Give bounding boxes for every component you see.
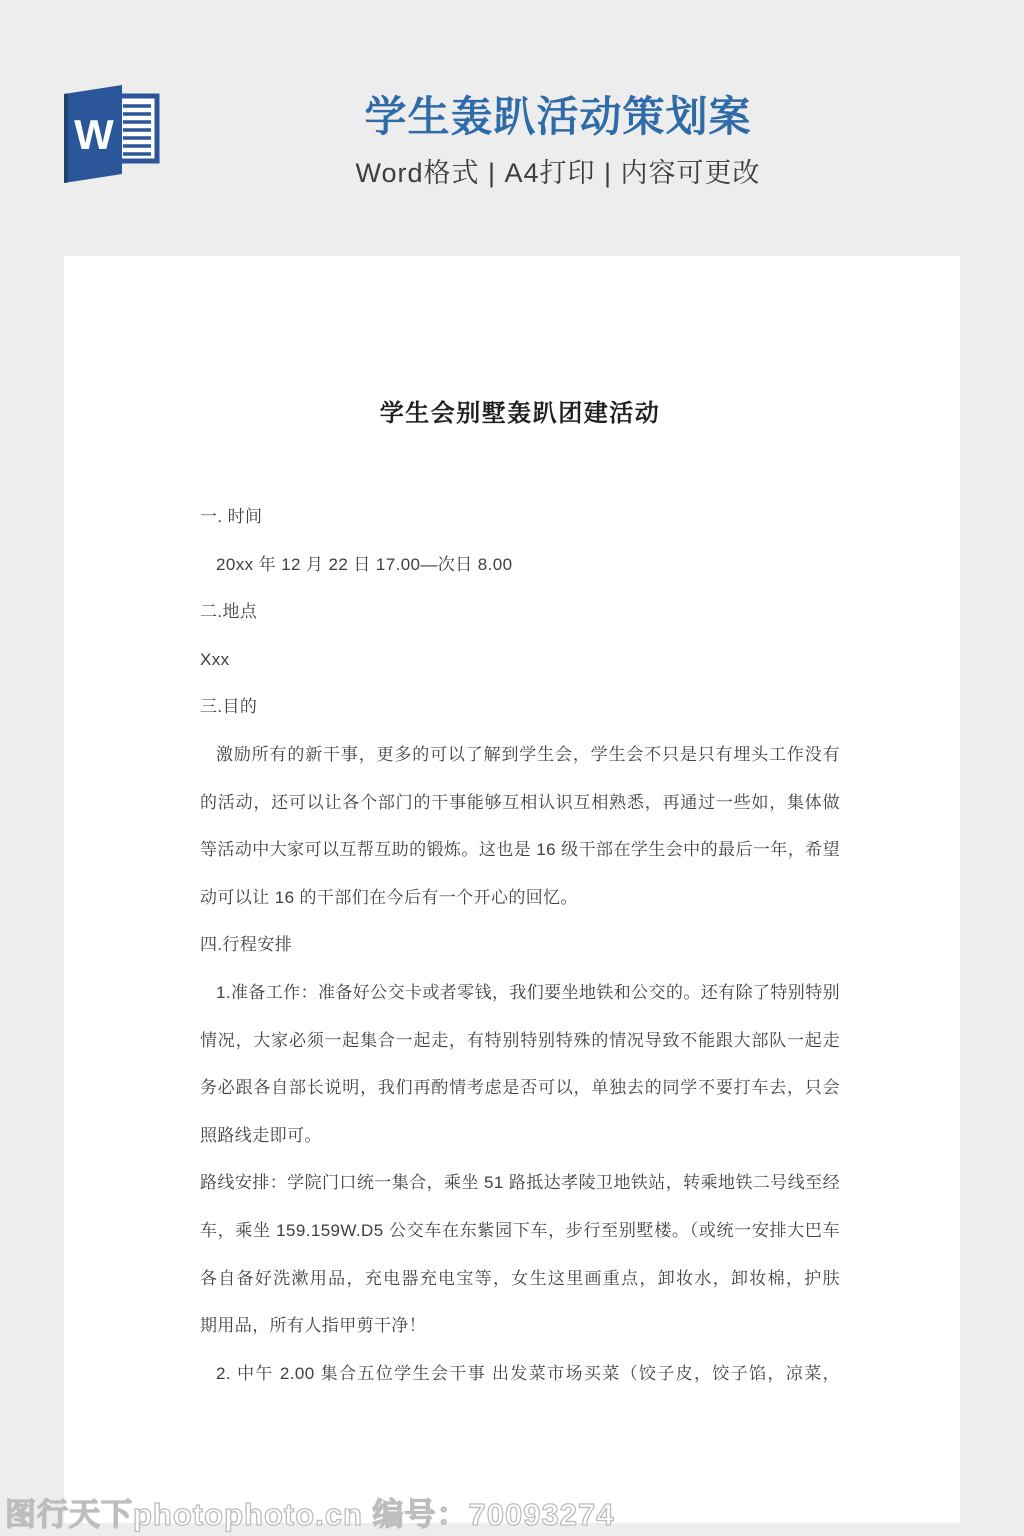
page-subtitle: Word格式 | A4打印 | 内容可更改 — [258, 158, 858, 188]
doc-line: 期用品，所有人指甲剪干净！ — [200, 1302, 840, 1350]
document-body: 一. 时间 20xx 年 12 月 22 日 17.00—次日 8.00 二.地… — [200, 493, 840, 1397]
header-text: 学生轰趴活动策划案 Word格式 | A4打印 | 内容可更改 — [258, 94, 858, 188]
doc-line: 三.目的 — [200, 683, 840, 731]
doc-line: 的活动，还可以让各个部门的干事能够互相认识互相熟悉，再通过一些如，集体做饭 游戏 — [200, 779, 840, 827]
doc-line: 照路线走即可。 — [200, 1112, 840, 1160]
doc-line: 四.行程安排 — [200, 921, 840, 969]
doc-line: 1.准备工作：准备好公交卡或者零钱，我们要坐地铁和公交的。还有除了特别特别特殊的 — [200, 969, 840, 1017]
doc-line: 等活动中大家可以互帮互助的锻炼。这也是 16 级干部在学生会中的最后一年，希望此… — [200, 826, 840, 874]
doc-line: 一. 时间 — [200, 493, 840, 541]
doc-line: 路线安排：学院门口统一集合，乘坐 51 路抵达孝陵卫地铁站，转乘地铁二号线至经天… — [200, 1159, 840, 1207]
doc-line: 各自备好洗漱用品，充电器充电宝等，女生这里画重点，卸妆水，卸妆棉，护肤品，特殊时 — [200, 1255, 840, 1303]
document-title: 学生会别墅轰趴团建活动 — [200, 393, 840, 428]
word-logo-letter: W — [74, 111, 114, 158]
word-logo-panel-edge — [64, 93, 68, 183]
word-logo-sheet-lines — [123, 106, 151, 154]
doc-line: 2. 中午 2.00 集合五位学生会干事 出发菜市场买菜（饺子皮，饺子馅，凉菜，… — [200, 1350, 840, 1398]
doc-line: Xxx — [200, 636, 840, 684]
doc-line: 情况，大家必须一起集合一起走，有特别特别特殊的情况导致不能跟大部队一起走的时候， — [200, 1017, 840, 1065]
doc-line: 20xx 年 12 月 22 日 17.00—次日 8.00 — [200, 541, 840, 589]
page-title: 学生轰趴活动策划案 — [258, 94, 858, 140]
doc-line: 激励所有的新干事，更多的可以了解到学生会，学生会不只是只有埋头工作没有休闲娱乐 — [200, 731, 840, 779]
doc-line: 动可以让 16 的干部们在今后有一个开心的回忆。 — [200, 874, 840, 922]
document-page: 学生会别墅轰趴团建活动 一. 时间 20xx 年 12 月 22 日 17.00… — [64, 256, 960, 1523]
word-logo-icon: W — [58, 80, 176, 190]
watermark-text: 图行天下photophoto.cn 编号：70093274 — [5, 1489, 614, 1534]
doc-line: 务必跟各自部长说明，我们再酌情考虑是否可以，单独去的同学不要打车去，只会更慢，按 — [200, 1064, 840, 1112]
doc-line: 车，乘坐 159.159W.D5 公交车在东紫园下车，步行至别墅楼。（或统一安排… — [200, 1207, 840, 1255]
doc-line: 二.地点 — [200, 588, 840, 636]
